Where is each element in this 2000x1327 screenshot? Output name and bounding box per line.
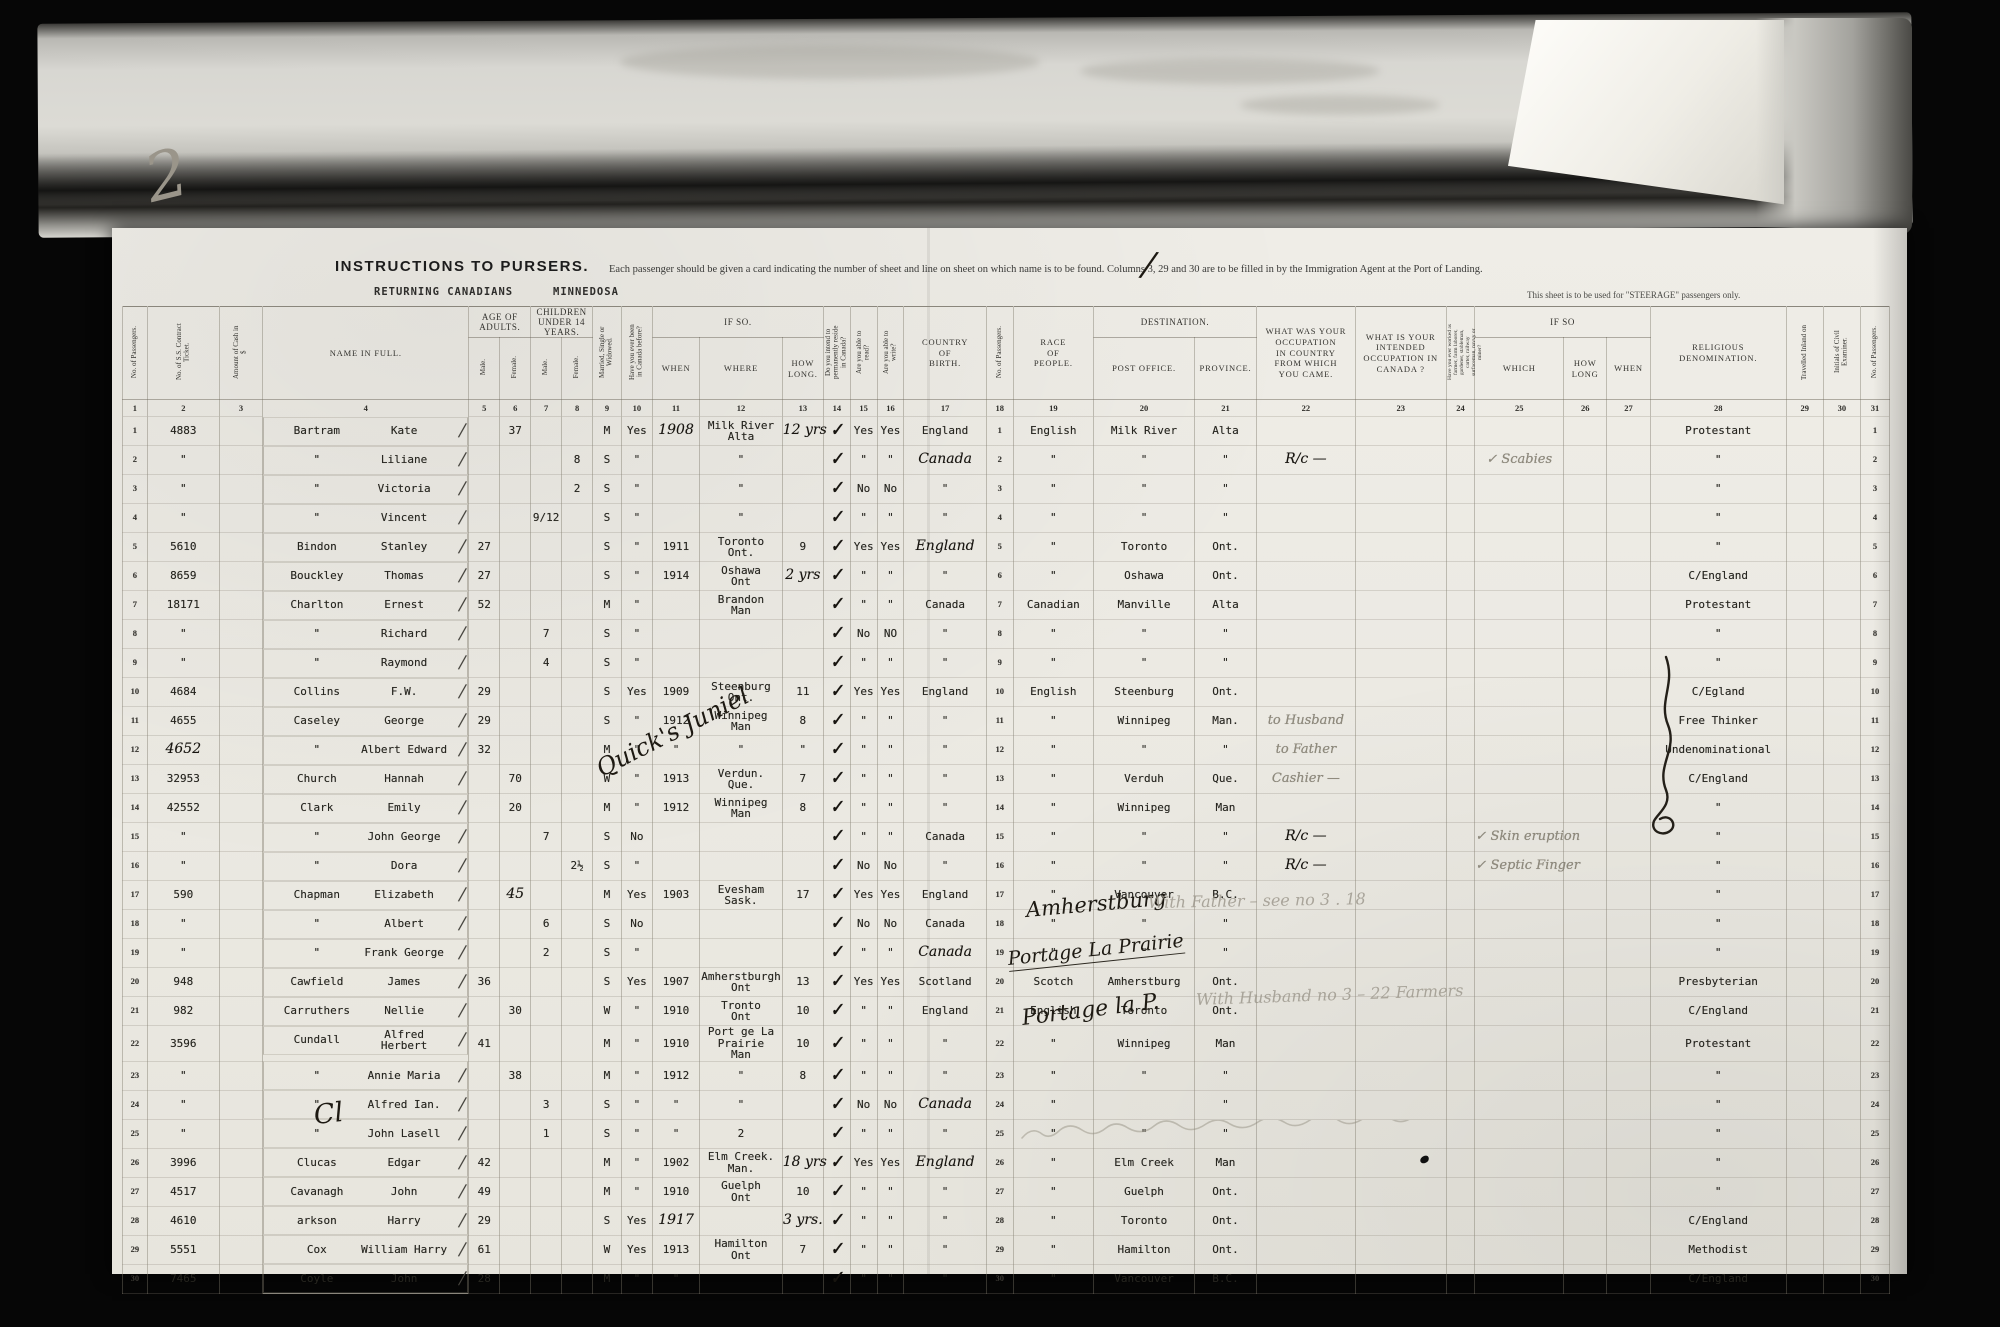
cell-col3 xyxy=(219,504,262,533)
cell-col18: 7 xyxy=(986,591,1013,620)
header-row: 1234567891011121314151617181920212223242… xyxy=(123,400,1890,417)
cell-col5: 49 xyxy=(469,1177,500,1206)
cell-col20 xyxy=(1094,1090,1195,1119)
column-group-age: Age of Adults. xyxy=(469,307,531,338)
cell-col3 xyxy=(219,1264,262,1294)
cell-col19: English xyxy=(1013,678,1093,707)
cell-col21: B.C. xyxy=(1195,1264,1257,1294)
column-group-child: Children under 14 Years. xyxy=(531,307,593,338)
cell-col2: 42552 xyxy=(147,794,219,823)
cell-col9: S xyxy=(593,939,622,968)
cell-col7 xyxy=(531,1061,562,1090)
cell-col7 xyxy=(531,765,562,794)
cell-col3 xyxy=(219,794,262,823)
cell-col25 xyxy=(1475,533,1564,562)
cell-col12 xyxy=(700,1206,782,1235)
cell-col20: Toronto xyxy=(1094,1206,1195,1235)
cell-col24 xyxy=(1446,707,1475,736)
cell-col5: 29 xyxy=(469,1206,500,1235)
column-number-30: 30 xyxy=(1823,400,1860,417)
cell-col20: Oshawa xyxy=(1094,562,1195,591)
cell-col30 xyxy=(1823,533,1860,562)
cell-col7 xyxy=(531,1206,562,1235)
cell-col9: S xyxy=(593,823,622,852)
cell-col31: 8 xyxy=(1860,620,1889,649)
cell-col8 xyxy=(562,504,593,533)
header-row: No. of Passengers.No. of S.S. Contract T… xyxy=(123,307,1890,338)
instructions-text: Each passenger should be given a card in… xyxy=(609,264,1799,275)
column-number-13: 13 xyxy=(782,400,823,417)
cell-col10: No xyxy=(621,910,652,939)
cell-col29 xyxy=(1786,533,1823,562)
cell-col30 xyxy=(1823,1148,1860,1177)
cell-col31: 13 xyxy=(1860,765,1889,794)
cell-col12: Elm Creek. Man. xyxy=(700,1148,782,1177)
cell-col1: 30 xyxy=(123,1264,148,1294)
cell-col31: 16 xyxy=(1860,852,1889,881)
cell-col13: 18 yrs xyxy=(782,1148,823,1177)
cell-col24 xyxy=(1446,1264,1475,1294)
column-label-5: Male. xyxy=(469,338,500,400)
cell-col10: No xyxy=(621,823,652,852)
cell-col28: " xyxy=(1650,446,1786,475)
column-label-29: Travelled Inland on xyxy=(1786,307,1823,400)
cell-col2: 5551 xyxy=(147,1235,219,1264)
cell-col14: ✓ xyxy=(823,881,850,910)
column-number-10: 10 xyxy=(621,400,652,417)
cell-col17: Canada xyxy=(904,446,986,475)
cell-col9: S xyxy=(593,504,622,533)
cell-col2: " xyxy=(147,939,219,968)
surname: " xyxy=(264,1070,359,1082)
cell-col22 xyxy=(1256,591,1355,620)
cell-col5: 36 xyxy=(469,968,500,997)
column-number-15: 15 xyxy=(850,400,877,417)
cell-col8 xyxy=(562,1090,593,1119)
cell-col25 xyxy=(1475,736,1564,765)
cell-col31: 10 xyxy=(1860,678,1889,707)
cell-col15: " xyxy=(850,823,877,852)
cell-col22 xyxy=(1256,649,1355,678)
surname: Caseley xyxy=(264,715,359,727)
cell-col1: 29 xyxy=(123,1235,148,1264)
cell-col25 xyxy=(1475,910,1564,939)
cell-col18: 3 xyxy=(986,475,1013,504)
cell-col14: ✓ xyxy=(823,1177,850,1206)
cell-col27 xyxy=(1607,562,1650,591)
cell-col10: Yes xyxy=(621,1206,652,1235)
cell-col20: Vancouver xyxy=(1094,1264,1195,1294)
cell-col11 xyxy=(652,475,699,504)
cell-col27 xyxy=(1607,504,1650,533)
surname: " xyxy=(264,454,359,466)
cell-col18: 10 xyxy=(986,678,1013,707)
cell-col8 xyxy=(562,1177,593,1206)
cell-col6 xyxy=(500,562,531,591)
cell-col12 xyxy=(700,939,782,968)
cell-col18: 13 xyxy=(986,765,1013,794)
cell-col23 xyxy=(1355,1177,1446,1206)
cell-col31: 20 xyxy=(1860,968,1889,997)
cell-col22 xyxy=(1256,794,1355,823)
cell-col25 xyxy=(1475,475,1564,504)
cell-col15: " xyxy=(850,1061,877,1090)
cell-col18: 26 xyxy=(986,1148,1013,1177)
cell-col21: " xyxy=(1195,504,1257,533)
column-number-25: 25 xyxy=(1475,400,1564,417)
cell-col4: "Victoria/ xyxy=(263,475,468,504)
cell-col16: No xyxy=(877,475,904,504)
cell-col17: England xyxy=(904,1148,986,1177)
cell-col22 xyxy=(1256,504,1355,533)
pen-slash: / xyxy=(456,885,467,906)
cell-col31: 3 xyxy=(1860,475,1889,504)
handwritten-annotation: With Father – see no 3 . 18 xyxy=(1148,889,1366,912)
given-name: Victoria xyxy=(360,483,449,495)
cell-col25 xyxy=(1475,649,1564,678)
cell-col1: 19 xyxy=(123,939,148,968)
cell-col7 xyxy=(531,1235,562,1264)
cell-col28: C/England xyxy=(1650,1206,1786,1235)
given-name: Ernest xyxy=(360,599,449,611)
cell-col7 xyxy=(531,562,562,591)
cell-col8 xyxy=(562,910,593,939)
cell-col7 xyxy=(531,1148,562,1177)
surname: Clark xyxy=(264,802,359,814)
cell-col6 xyxy=(500,620,531,649)
cell-col30 xyxy=(1823,1235,1860,1264)
cell-col8 xyxy=(562,794,593,823)
cell-col8 xyxy=(562,939,593,968)
cell-col12: " xyxy=(700,1061,782,1090)
given-name: Raymond xyxy=(360,657,449,669)
cell-col13: 3 yrs. xyxy=(782,1206,823,1235)
cell-col16: " xyxy=(877,1177,904,1206)
cell-col23 xyxy=(1355,736,1446,765)
cell-col27 xyxy=(1607,591,1650,620)
handwritten-annotation: Cl xyxy=(312,1097,344,1131)
cell-col23 xyxy=(1355,823,1446,852)
surname: Cawfield xyxy=(264,976,359,988)
cell-col26 xyxy=(1564,765,1607,794)
cell-col26 xyxy=(1564,1148,1607,1177)
cell-col14: ✓ xyxy=(823,591,850,620)
cell-col16: No xyxy=(877,852,904,881)
cell-col21: Man xyxy=(1195,794,1257,823)
cell-col14: ✓ xyxy=(823,939,850,968)
cell-col15: " xyxy=(850,1026,877,1062)
cell-col11: 1913 xyxy=(652,765,699,794)
cell-col1: 14 xyxy=(123,794,148,823)
cell-col3 xyxy=(219,562,262,591)
cell-col13: 10 xyxy=(782,1026,823,1062)
cell-col16: " xyxy=(877,504,904,533)
cell-col21: " xyxy=(1195,1061,1257,1090)
cell-col20: " xyxy=(1094,504,1195,533)
cell-col11: 1914 xyxy=(652,562,699,591)
cell-col27 xyxy=(1607,533,1650,562)
cell-col26 xyxy=(1564,968,1607,997)
cell-col28: " xyxy=(1650,910,1786,939)
column-number-9: 9 xyxy=(593,400,622,417)
cell-col2: " xyxy=(147,649,219,678)
cell-col12: Guelph Ont xyxy=(700,1177,782,1206)
cell-col22 xyxy=(1256,678,1355,707)
cell-col10: " xyxy=(621,1090,652,1119)
cell-col25 xyxy=(1475,1206,1564,1235)
cell-col16: " xyxy=(877,823,904,852)
cell-col26 xyxy=(1564,1235,1607,1264)
cell-col29 xyxy=(1786,1206,1823,1235)
table-body: 14883BartramKate/37MYes1908Milk River Al… xyxy=(123,417,1890,1294)
cell-col6: 38 xyxy=(500,1061,531,1090)
cell-col30 xyxy=(1823,794,1860,823)
cell-col16: " xyxy=(877,765,904,794)
cell-col5 xyxy=(469,852,500,881)
cell-col10: " xyxy=(621,620,652,649)
cell-col23 xyxy=(1355,1206,1446,1235)
cell-col3 xyxy=(219,910,262,939)
cell-col21: Alta xyxy=(1195,417,1257,446)
cell-col11: 1913 xyxy=(652,1235,699,1264)
cell-col30 xyxy=(1823,765,1860,794)
surname: Coyle xyxy=(264,1273,359,1285)
cell-col8 xyxy=(562,649,593,678)
cell-col7 xyxy=(531,475,562,504)
cell-col3 xyxy=(219,997,262,1026)
cell-col2: 4684 xyxy=(147,678,219,707)
cell-col16: " xyxy=(877,591,904,620)
cell-col26 xyxy=(1564,1061,1607,1090)
cell-col21: Man. xyxy=(1195,707,1257,736)
cell-col13 xyxy=(782,910,823,939)
cell-col9: S xyxy=(593,475,622,504)
column-number-4: 4 xyxy=(263,400,469,417)
column-number-3: 3 xyxy=(219,400,262,417)
cell-col3 xyxy=(219,533,262,562)
surname: Chapman xyxy=(264,889,359,901)
cell-col15: Yes xyxy=(850,678,877,707)
cell-col16: " xyxy=(877,939,904,968)
cell-col28: Protestant xyxy=(1650,417,1786,446)
cell-col10: " xyxy=(621,794,652,823)
cell-col18: 21 xyxy=(986,997,1013,1026)
cell-col25 xyxy=(1475,678,1564,707)
column-label-7: Male. xyxy=(531,338,562,400)
cell-col24 xyxy=(1446,1206,1475,1235)
cell-col19: " xyxy=(1013,649,1093,678)
passenger-row: 18""Albert/6SNo✓NoNoCanada18""""18 xyxy=(123,910,1890,939)
cell-col22 xyxy=(1256,1235,1355,1264)
pen-slash: / xyxy=(456,769,467,790)
cell-col29 xyxy=(1786,765,1823,794)
cell-col9: M xyxy=(593,1148,622,1177)
pen-slash: / xyxy=(456,914,467,935)
cell-col20: Elm Creek xyxy=(1094,1148,1195,1177)
cell-col16: No xyxy=(877,1090,904,1119)
cell-col10: " xyxy=(621,1026,652,1062)
surname: " xyxy=(264,860,359,872)
cell-col28: " xyxy=(1650,504,1786,533)
cell-col29 xyxy=(1786,446,1823,475)
cell-col24 xyxy=(1446,591,1475,620)
cell-col6 xyxy=(500,1148,531,1177)
cell-col30 xyxy=(1823,939,1860,968)
cell-col25: ✓ Scabies xyxy=(1475,446,1564,475)
cell-col7: 1 xyxy=(531,1119,562,1148)
cell-col28: " xyxy=(1650,1148,1786,1177)
passenger-row: 15""John George/7SNo✓""Canada15"""R/c —✓… xyxy=(123,823,1890,852)
column-number-29: 29 xyxy=(1786,400,1823,417)
cell-col14: ✓ xyxy=(823,968,850,997)
cell-col15: " xyxy=(850,1206,877,1235)
cell-col9: M xyxy=(593,591,622,620)
cell-col3 xyxy=(219,591,262,620)
cell-col21: Man xyxy=(1195,1026,1257,1062)
cell-col17: " xyxy=(904,1177,986,1206)
cell-col5: 41 xyxy=(469,1026,500,1062)
cell-col9: M xyxy=(593,794,622,823)
page-title: INSTRUCTIONS TO PURSERS. xyxy=(335,258,589,275)
cell-col28: C/England xyxy=(1650,997,1786,1026)
cell-col4: CawfieldJames/ xyxy=(263,968,468,997)
cell-col25 xyxy=(1475,765,1564,794)
cell-col2: " xyxy=(147,1061,219,1090)
cell-col7 xyxy=(531,1177,562,1206)
passenger-row: 68659BouckleyThomas/27S"1914Oshawa Ont2 … xyxy=(123,562,1890,591)
cell-col7 xyxy=(531,881,562,910)
cell-col16: Yes xyxy=(877,881,904,910)
cell-col22 xyxy=(1256,1264,1355,1294)
cell-col7 xyxy=(531,968,562,997)
cell-col1: 6 xyxy=(123,562,148,591)
cell-col6: 37 xyxy=(500,417,531,446)
given-name: Frank George xyxy=(360,947,449,959)
cell-col12: Verdun. Que. xyxy=(700,765,782,794)
cell-col20: " xyxy=(1094,852,1195,881)
cell-col17: Scotland xyxy=(904,968,986,997)
cell-col21: Ont. xyxy=(1195,562,1257,591)
cell-col17: " xyxy=(904,562,986,591)
cell-col9: S xyxy=(593,1119,622,1148)
passenger-row: 263996ClucasEdgar/42M"1902Elm Creek. Man… xyxy=(123,1148,1890,1177)
cell-col7: 7 xyxy=(531,620,562,649)
cell-col14: ✓ xyxy=(823,910,850,939)
cell-col14: ✓ xyxy=(823,736,850,765)
cell-col21: " xyxy=(1195,736,1257,765)
cell-col21: Ont. xyxy=(1195,533,1257,562)
cell-col24 xyxy=(1446,736,1475,765)
cell-col26 xyxy=(1564,707,1607,736)
cell-col21: " xyxy=(1195,620,1257,649)
cell-col23 xyxy=(1355,562,1446,591)
column-number-1: 1 xyxy=(123,400,148,417)
cell-col19: " xyxy=(1013,533,1093,562)
given-name: James xyxy=(360,976,449,988)
pen-slash: / xyxy=(456,1152,467,1173)
cell-col4: BartramKate/ xyxy=(263,417,468,446)
column-group-ifso2: If so xyxy=(1475,307,1650,338)
given-name: Harry xyxy=(360,1215,449,1227)
given-name: Annie Maria xyxy=(360,1070,449,1082)
cell-col6 xyxy=(500,968,531,997)
cell-col24 xyxy=(1446,1061,1475,1090)
cell-col16: " xyxy=(877,736,904,765)
microfilm-scan: INSTRUCTIONS TO PURSERS. Each passenger … xyxy=(0,0,2000,1327)
cell-col23 xyxy=(1355,649,1446,678)
cell-col6 xyxy=(500,591,531,620)
cell-col2: 4652 xyxy=(147,736,219,765)
cell-col7: 7 xyxy=(531,823,562,852)
cell-col17: " xyxy=(904,707,986,736)
cell-col5 xyxy=(469,881,500,910)
cell-col11: 1908 xyxy=(652,417,699,446)
cell-col5: 29 xyxy=(469,707,500,736)
pen-slash: / xyxy=(456,1030,467,1051)
cell-col21: Ont. xyxy=(1195,1206,1257,1235)
cell-col14: ✓ xyxy=(823,417,850,446)
cell-col12: " xyxy=(700,475,782,504)
cell-col26 xyxy=(1564,1090,1607,1119)
cell-col3 xyxy=(219,765,262,794)
cell-col30 xyxy=(1823,1119,1860,1148)
column-label-28: Religious Denomination. xyxy=(1650,307,1786,400)
cell-col13: 10 xyxy=(782,997,823,1026)
cell-col15: No xyxy=(850,620,877,649)
cell-col10: " xyxy=(621,562,652,591)
cell-col17: " xyxy=(904,794,986,823)
cell-col5 xyxy=(469,794,500,823)
column-label-6: Female. xyxy=(500,338,531,400)
cell-col2: " xyxy=(147,504,219,533)
passenger-row: 284610 arksonHarry/29SYes19173 yrs.✓"""2… xyxy=(123,1206,1890,1235)
cell-col11: 1910 xyxy=(652,1177,699,1206)
ink-transfer-smudge xyxy=(620,45,1040,79)
cell-col2: " xyxy=(147,910,219,939)
cell-col26 xyxy=(1564,417,1607,446)
cell-col5 xyxy=(469,910,500,939)
cell-col24 xyxy=(1446,417,1475,446)
cell-col22 xyxy=(1256,1148,1355,1177)
cell-col10: " xyxy=(621,1177,652,1206)
cell-col30 xyxy=(1823,591,1860,620)
cell-col4: "Albert Edward/ xyxy=(263,736,468,765)
cell-col16: Yes xyxy=(877,417,904,446)
cell-col17: England xyxy=(904,678,986,707)
cell-col20: " xyxy=(1094,649,1195,678)
cell-col31: 28 xyxy=(1860,1206,1889,1235)
cell-col8 xyxy=(562,417,593,446)
cell-col14: ✓ xyxy=(823,765,850,794)
cell-col22 xyxy=(1256,562,1355,591)
cell-col3 xyxy=(219,446,262,475)
cell-col19: " xyxy=(1013,1061,1093,1090)
cell-col18: 25 xyxy=(986,1119,1013,1148)
cell-col23 xyxy=(1355,707,1446,736)
surname: " xyxy=(264,657,359,669)
cell-col14: ✓ xyxy=(823,620,850,649)
cell-col7: 2 xyxy=(531,939,562,968)
cell-col3 xyxy=(219,1235,262,1264)
column-number-20: 20 xyxy=(1094,400,1195,417)
cell-col30 xyxy=(1823,446,1860,475)
cell-col10: " xyxy=(621,504,652,533)
given-name: John George xyxy=(360,831,449,843)
pen-slash: / xyxy=(456,1123,467,1144)
cell-col28: " xyxy=(1650,620,1786,649)
cell-col5: 52 xyxy=(469,591,500,620)
cell-col22: to Husband xyxy=(1256,707,1355,736)
